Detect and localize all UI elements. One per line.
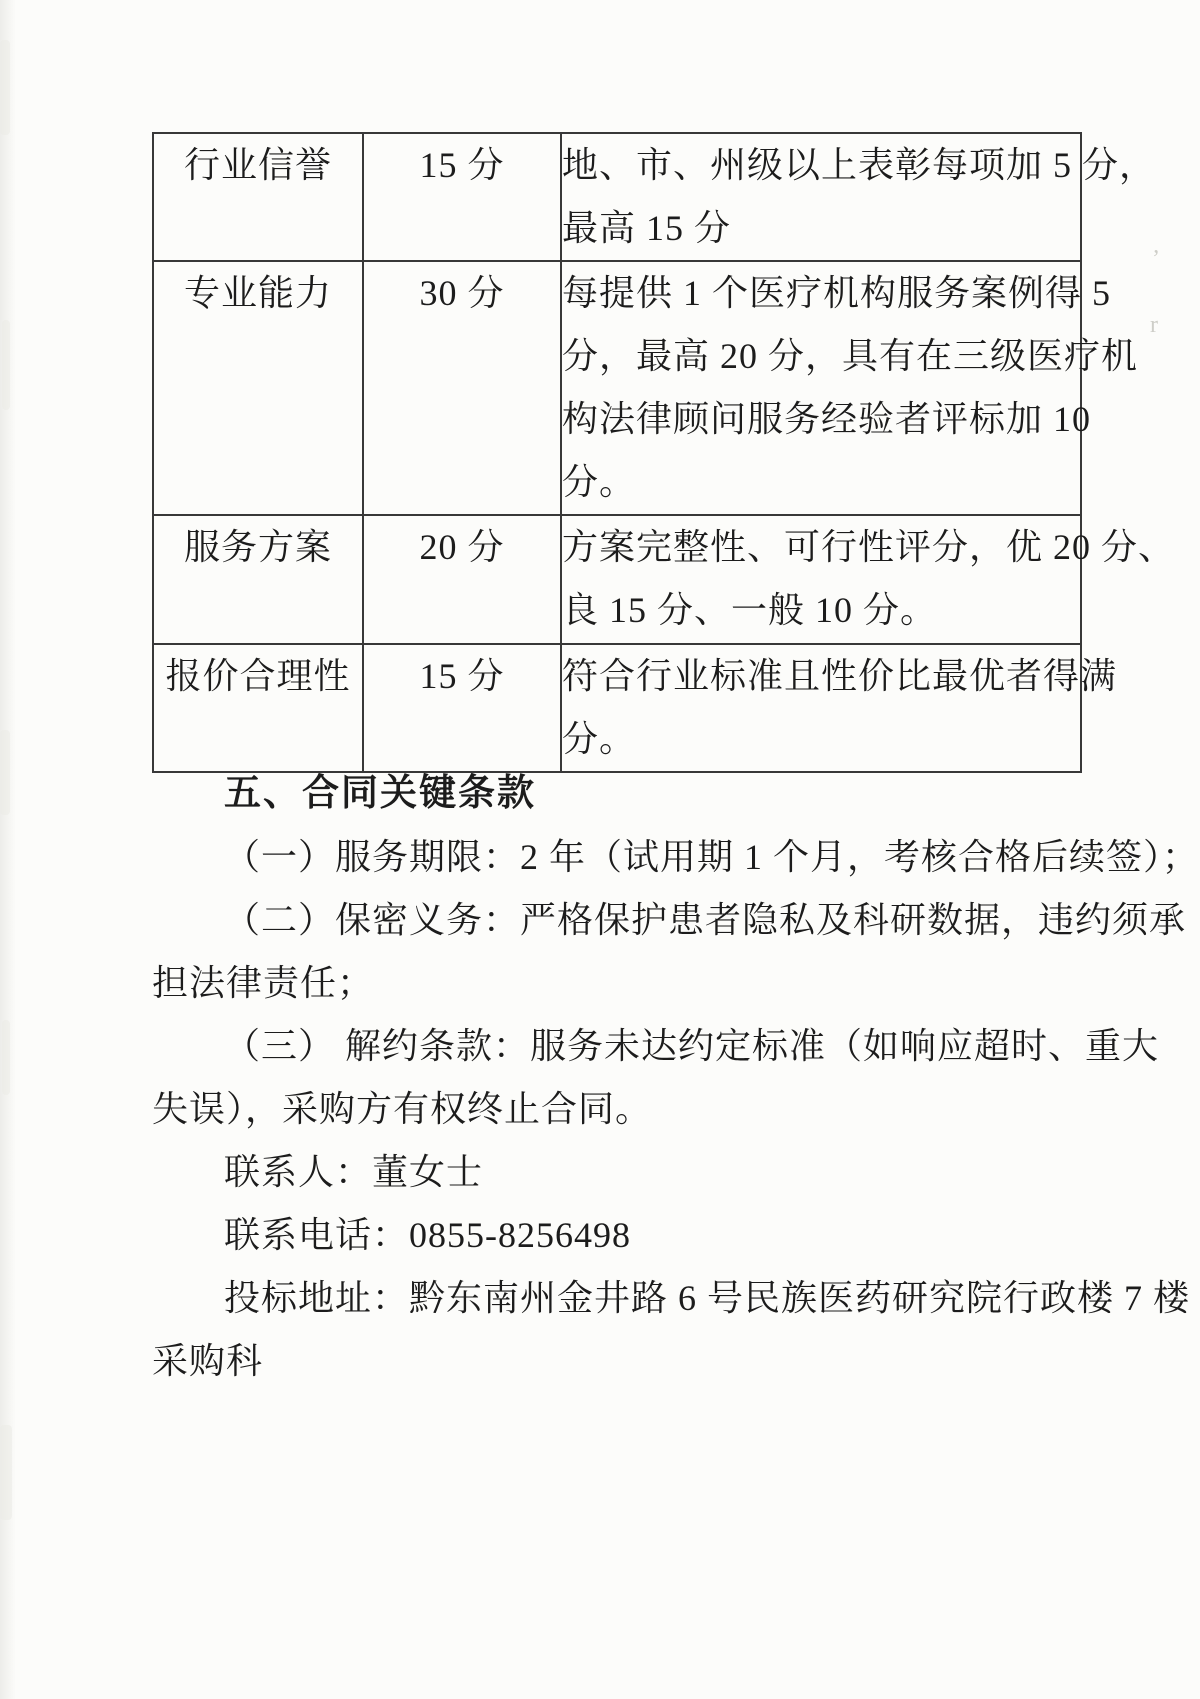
description-line: 分。 [562, 451, 1080, 514]
criterion-cell: 报价合理性 [153, 644, 363, 772]
scan-artifact-mark: ’ [1152, 246, 1160, 273]
clause-line-confidentiality: （二）保密义务：严格保护患者隐私及科研数据，违约须承 [152, 889, 1084, 952]
scan-streak [2, 320, 10, 410]
description-cell: 符合行业标准且性价比最优者得满 分。 [561, 644, 1081, 772]
section-heading: 五、合同关键条款 [152, 760, 1084, 826]
scan-artifact-mark: r [1150, 312, 1158, 339]
clause-line-confidentiality-cont: 担法律责任； [152, 952, 1084, 1015]
clause-line-termination: （三） 解约条款：服务未达约定标准（如响应超时、重大 [152, 1015, 1084, 1078]
table-row-service-plan: 服务方案 20 分 方案完整性、可行性评分，优 20 分、 良 15 分、一般 … [153, 515, 1081, 644]
scan-streak [0, 1425, 12, 1520]
scan-streak [2, 1020, 10, 1095]
table-row-industry-reputation: 行业信誉 15 分 地、市、州级以上表彰每项加 5 分， 最高 15 分 [153, 133, 1081, 261]
description-line: 方案完整性、可行性评分，优 20 分、 [562, 516, 1080, 579]
description-line: 良 15 分、一般 10 分。 [562, 579, 1080, 642]
bid-address-line: 投标地址：黔东南州金井路 6 号民族医药研究院行政楼 7 楼 [152, 1267, 1084, 1330]
scan-edge-shading [0, 0, 16, 1699]
score-cell: 30 分 [363, 261, 561, 515]
criterion-cell: 行业信誉 [153, 133, 363, 261]
description-line: 每提供 1 个医疗机构服务案例得 5 [562, 262, 1080, 325]
bid-address-line-cont: 采购科 [152, 1330, 1084, 1393]
description-line: 构法律顾问服务经验者评标加 10 [562, 388, 1080, 451]
table-row-quote-reasonableness: 报价合理性 15 分 符合行业标准且性价比最优者得满 分。 [153, 644, 1081, 772]
description-cell: 方案完整性、可行性评分，优 20 分、 良 15 分、一般 10 分。 [561, 515, 1081, 644]
scan-streak [0, 40, 10, 135]
description-cell: 地、市、州级以上表彰每项加 5 分， 最高 15 分 [561, 133, 1081, 261]
criterion-cell: 专业能力 [153, 261, 363, 515]
score-cell: 15 分 [363, 133, 561, 261]
description-line: 最高 15 分 [562, 197, 1080, 260]
contact-person-line: 联系人：董女士 [152, 1141, 1084, 1204]
description-line: 符合行业标准且性价比最优者得满 [562, 645, 1080, 708]
criterion-cell: 服务方案 [153, 515, 363, 644]
description-cell: 每提供 1 个医疗机构服务案例得 5 分，最高 20 分，具有在三级医疗机 构法… [561, 261, 1081, 515]
score-cell: 15 分 [363, 644, 561, 772]
table-row-professional-ability: 专业能力 30 分 每提供 1 个医疗机构服务案例得 5 分，最高 20 分，具… [153, 261, 1081, 515]
clause-line-termination-cont: 失误），采购方有权终止合同。 [152, 1078, 1084, 1141]
description-line: 分，最高 20 分，具有在三级医疗机 [562, 325, 1080, 388]
clause-line-service-term: （一）服务期限：2 年（试用期 1 个月，考核合格后续签）； [152, 826, 1084, 889]
contact-phone-line: 联系电话：0855-8256498 [152, 1204, 1084, 1267]
evaluation-criteria-table: 行业信誉 15 分 地、市、州级以上表彰每项加 5 分， 最高 15 分 专业能… [152, 132, 1082, 773]
scan-streak [0, 730, 10, 815]
description-line: 地、市、州级以上表彰每项加 5 分， [562, 134, 1080, 197]
contract-clauses-section: 五、合同关键条款 （一）服务期限：2 年（试用期 1 个月，考核合格后续签）； … [152, 760, 1084, 1393]
score-cell: 20 分 [363, 515, 561, 644]
